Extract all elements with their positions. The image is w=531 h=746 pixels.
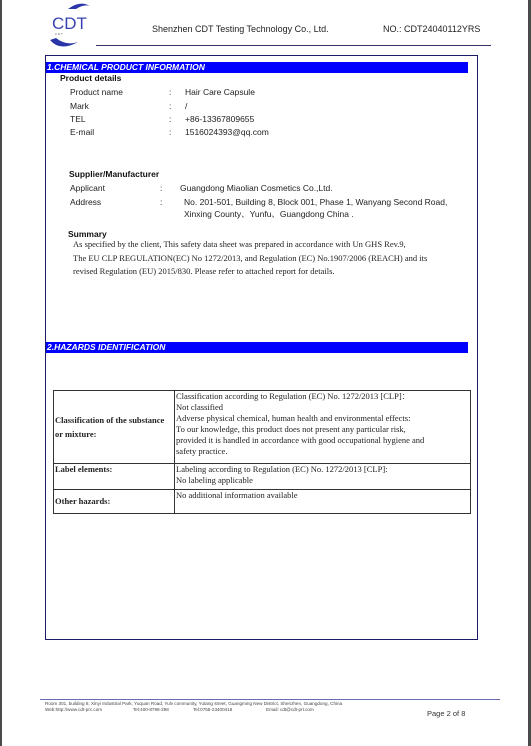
address-label: Address: [70, 197, 101, 207]
cell-line: safety practice.: [176, 446, 470, 457]
cell-line: Classification according to Regulation (…: [176, 391, 470, 402]
supplier-heading: Supplier/Manufacturer: [69, 169, 159, 179]
table-row: Other hazards: No additional information…: [54, 490, 471, 514]
footer-tel1: Tel:400-8798-298: [133, 707, 169, 712]
email-value: 1516024393@qq.com: [185, 127, 269, 137]
tel-label: TEL: [70, 114, 86, 124]
page-number: Page 2 of 8: [427, 709, 465, 718]
footer-address: Room 301, building 8, Xinyi Industrial P…: [45, 701, 342, 706]
label-elements-value: Labeling according to Regulation (EC) No…: [175, 464, 471, 490]
mark-value: /: [185, 101, 187, 111]
section-2-title: 2.HAZARDS IDENTIFICATION: [46, 342, 468, 353]
label-elements-label: Label elements:: [54, 464, 175, 490]
product-details-heading: Product details: [60, 73, 121, 83]
separator: :: [169, 101, 171, 111]
separator: :: [169, 87, 171, 97]
header-rule: [96, 45, 491, 46]
tel-value: +86-13367809655: [185, 114, 254, 124]
footer-tel2: Tel:0755-23400418: [193, 707, 232, 712]
product-name-value: Hair Care Capsule: [185, 87, 255, 97]
address-value-line1: No. 201-501, Building 8, Block 001, Phas…: [184, 197, 447, 207]
table-row: Classification of the substance or mixtu…: [54, 391, 471, 464]
classification-label-text: Classification of the substance or mixtu…: [55, 413, 174, 441]
separator: :: [160, 183, 162, 193]
applicant-value: Guangdong Miaolian Cosmetics Co.,Ltd.: [180, 183, 333, 193]
cell-line: To our knowledge, this product does not …: [176, 424, 470, 435]
svg-text:CDT: CDT: [52, 14, 87, 33]
cell-line: Not classified: [176, 402, 470, 413]
summary-line: The EU CLP REGULATION(EC) No 1272/2013, …: [73, 252, 493, 266]
other-hazards-label: Other hazards:: [54, 490, 175, 514]
cell-line: No labeling applicable: [176, 475, 470, 486]
svg-text:C D T: C D T: [55, 32, 63, 36]
mark-label: Mark: [70, 101, 89, 111]
footer-rule: [40, 699, 500, 700]
classification-label: Classification of the substance or mixtu…: [54, 391, 175, 464]
separator: :: [169, 114, 171, 124]
classification-value: Classification according to Regulation (…: [175, 391, 471, 464]
footer-email: Email: cdt@cdt-prt.com: [266, 707, 314, 712]
page-edge-left: [0, 0, 2, 746]
hazards-table: Classification of the substance or mixtu…: [53, 390, 471, 514]
cell-line: Adverse physical chemical, human health …: [176, 413, 470, 424]
separator: :: [169, 127, 171, 137]
cell-line: No additional information available: [176, 490, 470, 501]
table-row: Label elements: Labeling according to Re…: [54, 464, 471, 490]
cell-line: provided it is handled in accordance wit…: [176, 435, 470, 446]
address-value-line2: Xinxing County、Yunfu、Guangdong China .: [184, 208, 354, 220]
summary-line: As specified by the client, This safety …: [73, 238, 493, 252]
cell-line: Labeling according to Regulation (EC) No…: [176, 464, 470, 475]
product-name-label: Product name: [70, 87, 123, 97]
cdt-logo: CDT C D T: [46, 2, 96, 48]
summary-text: As specified by the client, This safety …: [73, 238, 493, 279]
footer-web: Web:http://www.cdt-prc.com: [45, 707, 102, 712]
section-1-title: 1.CHEMICAL PRODUCT INFORMATION: [46, 62, 468, 73]
company-name: Shenzhen CDT Testing Technology Co., Ltd…: [152, 24, 329, 34]
other-hazards-value: No additional information available: [175, 490, 471, 514]
summary-line: revised Regulation (EU) 2015/830. Please…: [73, 265, 493, 279]
applicant-label: Applicant: [70, 183, 105, 193]
separator: :: [160, 197, 162, 207]
report-number: NO.: CDT24040112YRS: [383, 24, 480, 34]
email-label: E-mail: [70, 127, 94, 137]
